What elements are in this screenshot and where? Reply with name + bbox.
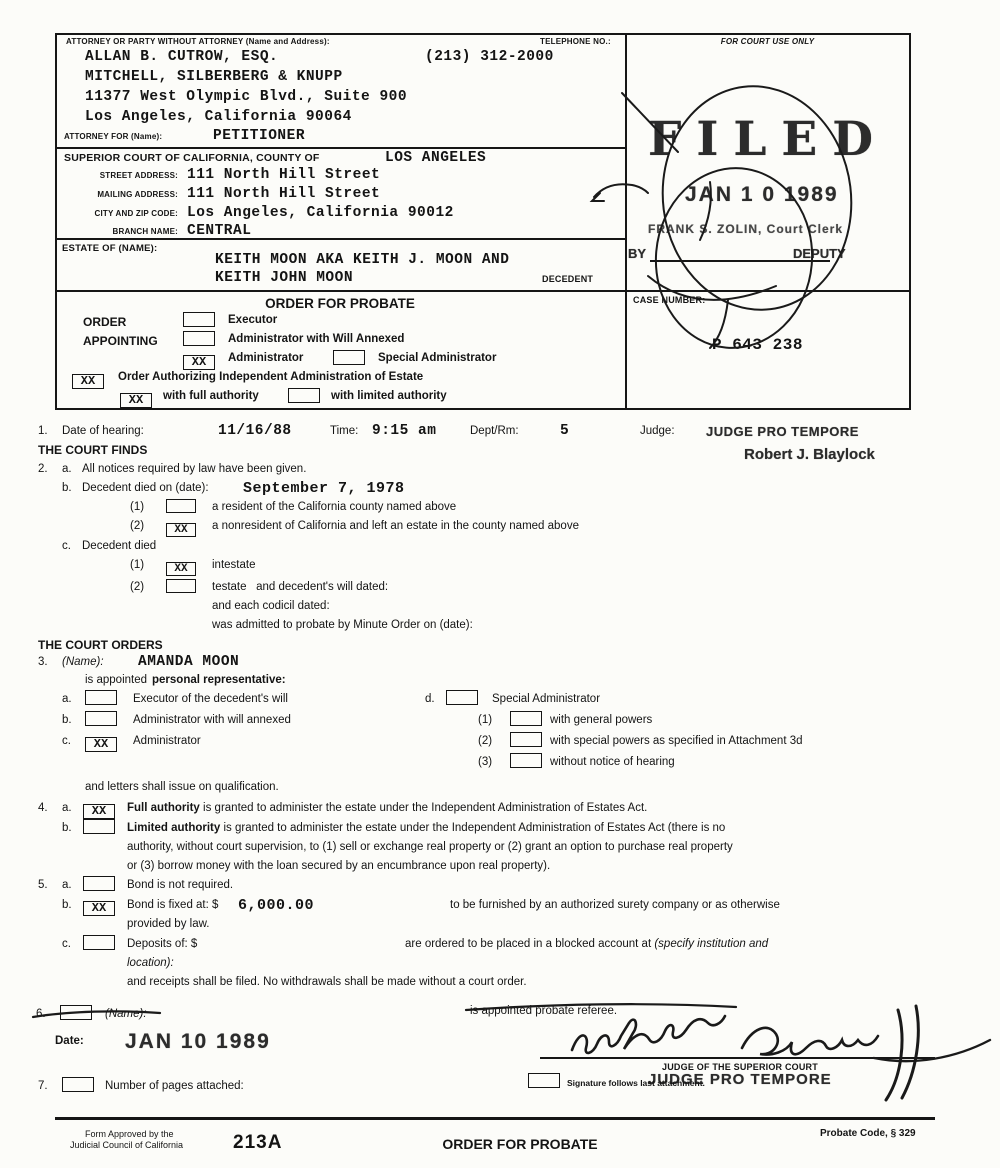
checkbox-resident[interactable] bbox=[166, 499, 196, 513]
item3b-letter: b. bbox=[62, 714, 72, 726]
administrator-label: Administrator bbox=[228, 352, 303, 364]
item5a-text: Bond is not required. bbox=[127, 879, 233, 891]
item4b-line2: authority, without court supervision, to… bbox=[127, 841, 733, 853]
estate-name-line1: KEITH MOON AKA KEITH J. MOON AND bbox=[215, 252, 509, 268]
item2c2-line3: was admitted to probate by Minute Order … bbox=[212, 619, 473, 631]
checkbox-independent-admin[interactable]: XX bbox=[72, 374, 104, 389]
attorney-name: ALLAN B. CUTROW, ESQ. bbox=[85, 49, 278, 65]
item3d2-text: with special powers as specified in Atta… bbox=[550, 735, 803, 747]
checkbox-special-admin-3d[interactable] bbox=[446, 690, 478, 705]
item2a-letter: a. bbox=[62, 463, 72, 475]
checkbox-executor[interactable] bbox=[183, 312, 215, 327]
judge-label: Judge: bbox=[640, 425, 675, 437]
checkbox-full-authority[interactable]: XX bbox=[120, 393, 152, 408]
item4a-letter: a. bbox=[62, 802, 72, 814]
bond-amount-value: 6,000.00 bbox=[238, 897, 314, 914]
item2c2-number: (2) bbox=[130, 581, 144, 593]
limited-authority-label: with limited authority bbox=[331, 390, 447, 402]
item3d1-text: with general powers bbox=[550, 714, 652, 726]
deputy-label: DEPUTY bbox=[793, 246, 846, 261]
item4b-text: is granted to administer the estate unde… bbox=[223, 822, 725, 834]
item2a-text: All notices required by law have been gi… bbox=[82, 463, 306, 475]
column-divider bbox=[625, 33, 627, 408]
special-administrator-label: Special Administrator bbox=[378, 352, 496, 364]
court-finds-heading: THE COURT FINDS bbox=[38, 443, 147, 457]
item2b2-text: a nonresident of California and left an … bbox=[212, 520, 579, 532]
item3d-text: Special Administrator bbox=[492, 693, 600, 705]
independent-admin-label: Order Authorizing Independent Administra… bbox=[118, 371, 423, 383]
case-number-value: P 643 238 bbox=[712, 336, 803, 354]
item3d2-number: (2) bbox=[478, 735, 492, 747]
checkbox-bond-not-required[interactable] bbox=[83, 876, 115, 891]
item4a-bold: Full authority bbox=[127, 802, 200, 814]
telephone-value: (213) 312-2000 bbox=[425, 49, 554, 65]
telephone-label: TELEPHONE NO.: bbox=[540, 37, 611, 46]
item6-name-label: (Name): bbox=[105, 1008, 147, 1020]
item5c-line3: and receipts shall be filed. No withdraw… bbox=[127, 976, 527, 988]
item4a-text: is granted to administer the estate unde… bbox=[203, 802, 647, 814]
checkbox-general-powers[interactable] bbox=[510, 711, 542, 726]
time-value: 9:15 am bbox=[372, 423, 436, 439]
item3d3-text: without notice of hearing bbox=[550, 756, 675, 768]
top-box-border-bottom bbox=[55, 408, 911, 410]
checkbox-signature-follows[interactable] bbox=[528, 1073, 560, 1088]
footer-approved-line2: Judicial Council of California bbox=[70, 1140, 183, 1150]
checkbox-nonresident[interactable]: XX bbox=[166, 523, 196, 537]
item3-appointed-pre: is appointed bbox=[85, 674, 147, 686]
item4b-letter: b. bbox=[62, 822, 72, 834]
item2c2-text: testate and decedent's will dated: bbox=[212, 581, 388, 593]
checkbox-admin-will-3b[interactable] bbox=[85, 711, 117, 726]
by-label: BY bbox=[628, 246, 646, 261]
item3b-text: Administrator with will annexed bbox=[133, 714, 291, 726]
date-label: Date: bbox=[55, 1035, 84, 1047]
item3d1-number: (1) bbox=[478, 714, 492, 726]
city-zip-label: CITY AND ZIP CODE: bbox=[70, 209, 178, 218]
filed-date-stamp: JAN 1 0 1989 bbox=[685, 183, 839, 207]
checkbox-testate[interactable] bbox=[166, 579, 196, 593]
top-box-border-top bbox=[55, 33, 911, 35]
mailing-address-label: MAILING ADDRESS: bbox=[70, 190, 178, 199]
item5b-letter: b. bbox=[62, 899, 72, 911]
attorney-address1: 11377 West Olympic Blvd., Suite 900 bbox=[85, 89, 407, 105]
footer-rule bbox=[55, 1117, 935, 1120]
admin-will-annexed-label: Administrator with Will Annexed bbox=[228, 333, 404, 345]
footer-approved-line1: Form Approved by the bbox=[85, 1129, 174, 1139]
attorney-for-value: PETITIONER bbox=[213, 128, 305, 144]
item4b-line3: or (3) borrow money with the loan secure… bbox=[127, 860, 550, 872]
item2b2-number: (2) bbox=[130, 520, 144, 532]
attorney-firm: MITCHELL, SILBERBERG & KNUPP bbox=[85, 69, 343, 85]
item5b-text2: to be furnished by an authorized surety … bbox=[450, 899, 780, 911]
street-address-label: STREET ADDRESS: bbox=[70, 171, 178, 180]
branch-name-value: CENTRAL bbox=[187, 223, 251, 239]
time-label: Time: bbox=[330, 425, 358, 437]
checkbox-intestate[interactable]: XX bbox=[166, 562, 196, 576]
item3d-letter: d. bbox=[425, 693, 435, 705]
judge-signature-part2 bbox=[742, 1028, 878, 1055]
city-zip-value: Los Angeles, California 90012 bbox=[187, 205, 454, 221]
hearing-date-value: 11/16/88 bbox=[218, 423, 292, 439]
item5c-line2-italic: location): bbox=[127, 957, 174, 969]
date-stamp: JAN 10 1989 bbox=[125, 1030, 271, 1054]
item1-number: 1. bbox=[38, 425, 48, 437]
item3-name-label: (Name): bbox=[62, 656, 104, 668]
death-date-value: September 7, 1978 bbox=[243, 480, 405, 497]
superior-court-county: LOS ANGELES bbox=[385, 150, 486, 166]
checkbox-administrator-3c[interactable]: XX bbox=[85, 737, 117, 752]
checkbox-admin-will-annexed[interactable] bbox=[183, 331, 215, 346]
street-address-value: 111 North Hill Street bbox=[187, 167, 380, 183]
item2c-letter: c. bbox=[62, 540, 71, 552]
branch-name-label: BRANCH NAME: bbox=[70, 227, 178, 236]
item6-number: 6. bbox=[36, 1008, 46, 1020]
checkbox-pages-attached[interactable] bbox=[62, 1077, 94, 1092]
item2c1-number: (1) bbox=[130, 559, 144, 571]
checkbox-limited-authority-4b[interactable] bbox=[83, 819, 115, 834]
item3a-text: Executor of the decedent's will bbox=[133, 693, 288, 705]
attorney-box-label: ATTORNEY OR PARTY WITHOUT ATTORNEY (Name… bbox=[66, 37, 330, 46]
court-clerk-stamp: FRANK S. ZOLIN, Court Clerk bbox=[648, 222, 843, 236]
order-label: ORDER bbox=[83, 315, 126, 329]
item3-appointed-bold: personal representative: bbox=[152, 674, 286, 686]
executor-label: Executor bbox=[228, 314, 277, 326]
item3c-text: Administrator bbox=[133, 735, 201, 747]
judge-pro-tempore-stamp-top: JUDGE PRO TEMPORE bbox=[706, 424, 859, 439]
filed-stamp: FILED bbox=[648, 112, 888, 167]
item5c-text: Deposits of: $ bbox=[127, 938, 197, 950]
checkbox-deposits[interactable] bbox=[83, 935, 115, 950]
checkbox-special-administrator[interactable] bbox=[333, 350, 365, 365]
top-box-border-right bbox=[909, 33, 911, 408]
item4b-bold: Limited authority bbox=[127, 822, 220, 834]
decedent-label: DECEDENT bbox=[542, 274, 593, 284]
item5c-text2: are ordered to be placed in a blocked ac… bbox=[405, 938, 651, 950]
filed-scribble-arrowhead bbox=[592, 193, 604, 201]
court-orders-heading: THE COURT ORDERS bbox=[38, 638, 163, 652]
dept-value: 5 bbox=[560, 423, 569, 439]
estate-name-line2: KEITH JOHN MOON bbox=[215, 270, 353, 286]
checkbox-full-authority-4a[interactable]: XX bbox=[83, 804, 115, 819]
superior-court-label: SUPERIOR COURT OF CALIFORNIA, COUNTY OF bbox=[64, 152, 320, 164]
item5b-line2: provided by law. bbox=[127, 918, 209, 930]
item3-number: 3. bbox=[38, 656, 48, 668]
checkbox-special-powers[interactable] bbox=[510, 732, 542, 747]
item2b1-number: (1) bbox=[130, 501, 144, 513]
item6-referee-text: is appointed probate referee. bbox=[470, 1005, 617, 1017]
attorney-for-label: ATTORNEY FOR (Name): bbox=[64, 132, 162, 141]
item2-number: 2. bbox=[38, 463, 48, 475]
court-estate-divider bbox=[55, 238, 625, 240]
checkbox-limited-authority[interactable] bbox=[288, 388, 320, 403]
top-box-border-left bbox=[55, 33, 57, 408]
footer-form-number: 213A bbox=[233, 1132, 282, 1154]
item3a-letter: a. bbox=[62, 693, 72, 705]
dept-label: Dept/Rm: bbox=[470, 425, 519, 437]
appointing-label: APPOINTING bbox=[83, 334, 158, 348]
item2b-text: Decedent died on (date): bbox=[82, 482, 209, 494]
item5b-text: Bond is fixed at: $ bbox=[127, 899, 218, 911]
item4-number: 4. bbox=[38, 802, 48, 814]
case-number-label: CASE NUMBER: bbox=[633, 295, 705, 305]
item2c2-line2: and each codicil dated: bbox=[212, 600, 330, 612]
footer-probate-code: Probate Code, § 329 bbox=[820, 1128, 916, 1139]
judge-signature-flourish bbox=[886, 1006, 918, 1100]
item5c-letter: c. bbox=[62, 938, 71, 950]
checkbox-bond-fixed[interactable]: XX bbox=[83, 901, 115, 916]
item5-number: 5. bbox=[38, 879, 48, 891]
attorney-court-divider bbox=[55, 147, 625, 149]
attorney-address2: Los Angeles, California 90064 bbox=[85, 109, 352, 125]
footer-form-title: ORDER FOR PROBATE bbox=[380, 1136, 660, 1152]
item3-letters-text: and letters shall issue on qualification… bbox=[85, 781, 279, 793]
item7-text: Number of pages attached: bbox=[105, 1080, 244, 1092]
full-authority-label: with full authority bbox=[163, 390, 259, 402]
filed-scribble-swoosh bbox=[594, 184, 648, 197]
checkbox-executor-will[interactable] bbox=[85, 690, 117, 705]
checkbox-probate-referee[interactable] bbox=[60, 1005, 92, 1020]
checkbox-without-notice[interactable] bbox=[510, 753, 542, 768]
estate-order-divider bbox=[55, 290, 911, 292]
order-box-title: ORDER FOR PROBATE bbox=[55, 296, 625, 311]
item2c-text: Decedent died bbox=[82, 540, 156, 552]
estate-of-label: ESTATE OF (NAME): bbox=[62, 243, 157, 254]
for-court-use-label: FOR COURT USE ONLY bbox=[625, 37, 910, 46]
item2b1-text: a resident of the California county name… bbox=[212, 501, 456, 513]
mailing-address-value: 111 North Hill Street bbox=[187, 186, 380, 202]
checkbox-administrator[interactable]: XX bbox=[183, 355, 215, 370]
item5c-text2-italic: (specify institution and bbox=[654, 938, 768, 950]
item7-number: 7. bbox=[38, 1080, 48, 1092]
judge-signature-rule bbox=[540, 1057, 935, 1059]
item3c-letter: c. bbox=[62, 735, 71, 747]
item2c1-text: intestate bbox=[212, 559, 255, 571]
judge-signature-part1 bbox=[572, 1016, 725, 1053]
hearing-date-label: Date of hearing: bbox=[62, 425, 144, 437]
item7-sig-text: Signature follows last attachment. bbox=[567, 1078, 705, 1088]
item3-name-value: AMANDA MOON bbox=[138, 654, 239, 670]
order-for-probate-form: ATTORNEY OR PARTY WITHOUT ATTORNEY (Name… bbox=[0, 0, 1000, 1168]
item5a-letter: a. bbox=[62, 879, 72, 891]
item3d3-number: (3) bbox=[478, 756, 492, 768]
item2b-letter: b. bbox=[62, 482, 72, 494]
judge-name-stamp: Robert J. Blaylock bbox=[744, 446, 875, 463]
